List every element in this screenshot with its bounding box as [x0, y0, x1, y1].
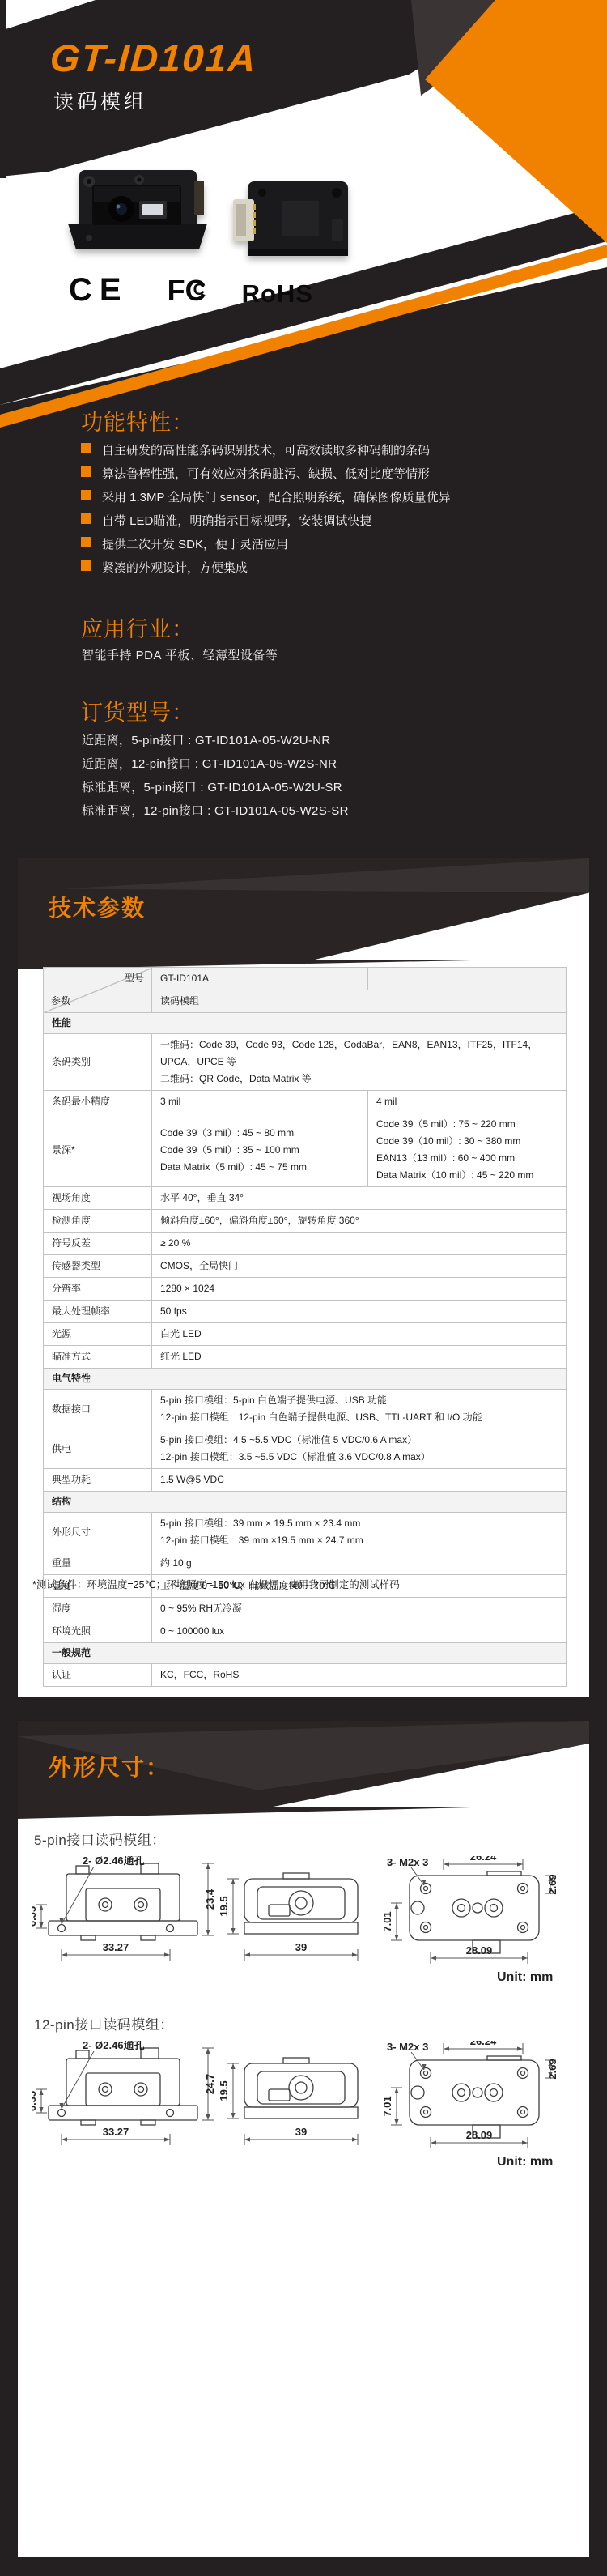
spec-cell: 50 fps [152, 1301, 567, 1323]
spec-label-cell: 外形尺寸 [44, 1513, 152, 1552]
bullet-square-icon [81, 443, 91, 453]
spec-cell [368, 968, 567, 990]
ordering-item: 近距离，12-pin接口 : GT-ID101A-05-W2S-NR [82, 755, 349, 778]
feature-item-text: 采用 1.3MP 全局快门 sensor，配合照明系统，确保图像质量优异 [102, 488, 451, 505]
svg-text:26.24: 26.24 [470, 1856, 497, 1863]
spec-label-cell: 典型功耗 [44, 1469, 152, 1492]
spec-section-row: 性能 [44, 1013, 567, 1034]
spec-cell: 4 mil [368, 1091, 567, 1113]
ordering-item: 标准距离，5-pin接口 : GT-ID101A-05-W2U-SR [82, 778, 349, 802]
feature-item: 采用 1.3MP 全局快门 sensor，配合照明系统，确保图像质量优异 [81, 488, 451, 512]
svg-text:39: 39 [295, 2126, 307, 2138]
ordering-item: 标准距离，12-pin接口 : GT-ID101A-05-W2S-SR [82, 802, 349, 825]
spec-cell: 约 10 g [152, 1552, 567, 1575]
spec-label-cell: 景深* [44, 1113, 152, 1187]
spec-label-cell: 视场角度 [44, 1187, 152, 1210]
spec-cell: 1280 × 1024 [152, 1278, 567, 1301]
ce-mark-icon: CE [69, 272, 129, 309]
svg-text:26.24: 26.24 [470, 2041, 497, 2047]
five-pin-drawing-label: 5-pin接口读码模组： [34, 1829, 166, 1849]
feature-item: 自带 LED瞄准，明确指示目标视野，安装调试快捷 [81, 512, 451, 535]
svg-text:7.01: 7.01 [381, 1911, 393, 1931]
svg-text:6.35: 6.35 [32, 1906, 38, 1927]
corner-header-cell: 型号参数 [44, 968, 152, 1013]
spec-label-cell: 分辨率 [44, 1278, 152, 1301]
spec-label-cell: 数据接口 [44, 1390, 152, 1429]
dimensions-title: 外形尺寸： [49, 1750, 170, 1782]
spec-label-cell: 传感器类型 [44, 1255, 152, 1278]
spec-cell: 0 ~ 95% RH无冷凝 [152, 1598, 567, 1620]
rohs-mark-icon: RoHS [242, 279, 313, 309]
bullet-square-icon [81, 513, 91, 524]
twelve-pin-technical-drawing: 2- Ø2.46通孔6.3524.733.2719.5393- M2x 326.… [32, 2041, 567, 2178]
unit-label: Unit: mm [497, 2155, 553, 2169]
spec-cell: 5-pin 接口模组：39 mm × 19.5 mm × 23.4 mm12-p… [152, 1513, 567, 1552]
svg-text:2- Ø2.46通孔: 2- Ø2.46通孔 [83, 1856, 145, 1867]
bullet-square-icon [81, 560, 91, 571]
tech-specs-band: 技术参数 [18, 858, 589, 960]
spec-label-cell: 瞄准方式 [44, 1346, 152, 1369]
spec-label-cell: 最大处理帧率 [44, 1301, 152, 1323]
spec-cell: Code 39（3 mil）: 45 ~ 80 mmCode 39（5 mil）… [152, 1113, 368, 1187]
spec-cell: 水平 40°，垂直 34° [152, 1187, 567, 1210]
svg-text:28.09: 28.09 [466, 1944, 493, 1956]
spec-cell: 红光 LED [152, 1346, 567, 1369]
feature-item: 算法鲁棒性强，可有效应对条码脏污、缺损、低对比度等情形 [81, 465, 451, 488]
spec-cell: 5-pin 接口模组：4.5 ~5.5 VDC（标准值 5 VDC/0.6 A … [152, 1429, 567, 1469]
product-photo-back-module [230, 177, 351, 266]
svg-text:2.69: 2.69 [546, 2059, 558, 2079]
svg-text:39: 39 [295, 1941, 307, 1953]
spec-cell: 1.5 W@5 VDC [152, 1469, 567, 1492]
spec-footnote: *测试条件：环境温度=25℃；环境照度=150 lux 白炽灯；使用我司制定的测… [32, 1577, 400, 1591]
spec-label-cell: 重量 [44, 1552, 152, 1575]
spec-section-row: 结构 [44, 1492, 567, 1513]
svg-text:33.27: 33.27 [103, 1941, 129, 1953]
fcc-mark-icon: FCC [168, 274, 206, 308]
svg-text:19.5: 19.5 [218, 1896, 230, 1916]
page-title: GT-ID101A [49, 36, 259, 80]
spec-cell: Code 39（5 mil）: 75 ~ 220 mmCode 39（10 mi… [368, 1113, 567, 1187]
model-value-cell: GT-ID101A [152, 968, 368, 990]
spec-label-cell: 检测角度 [44, 1210, 152, 1233]
ordering-list: 近距离，5-pin接口 : GT-ID101A-05-W2U-NR近距离，12-… [82, 731, 349, 825]
svg-text:2.69: 2.69 [546, 1874, 558, 1894]
svg-text:3- M2x 3: 3- M2x 3 [387, 2041, 428, 2053]
bullet-square-icon [81, 490, 91, 500]
feature-item-text: 紧凑的外观设计，方便集成 [102, 559, 248, 576]
bullet-square-icon [81, 537, 91, 547]
spec-panel: 型号参数GT-ID101A读码模组性能条码类别一维码：Code 39，Code … [18, 960, 589, 1697]
spec-cell: 5-pin 接口模组：5-pin 白色端子提供电源、USB 功能12-pin 接… [152, 1390, 567, 1429]
module-drawing-svg: 2- Ø2.46通孔6.3524.733.2719.5393- M2x 326.… [32, 2041, 567, 2178]
bullet-square-icon [81, 466, 91, 477]
spec-label-cell: 环境光照 [44, 1620, 152, 1643]
dimensions-panel: 5-pin接口读码模组： 2- Ø2.46通孔6.3523.433.2719.5… [18, 1807, 589, 2557]
ordering-title: 订货型号： [81, 695, 194, 726]
spec-label-cell: 条码类别 [44, 1034, 152, 1091]
applications-title: 应用行业： [81, 611, 194, 643]
svg-text:24.7: 24.7 [204, 2074, 216, 2094]
spec-cell: KC，FCC，RoHS [152, 1664, 567, 1687]
spec-label-cell: 供电 [44, 1429, 152, 1469]
certification-logos: CEFCCRoHS [69, 272, 313, 313]
feature-item-text: 提供二次开发 SDK，便于灵活应用 [102, 535, 288, 552]
spec-cell: 0 ~ 100000 lux [152, 1620, 567, 1643]
spec-label-cell: 条码最小精度 [44, 1091, 152, 1113]
dimensions-band: 外形尺寸： [18, 1721, 589, 1807]
svg-text:6.35: 6.35 [32, 2091, 38, 2111]
panel-top-triangle [18, 1807, 589, 1820]
spec-label-cell: 符号反差 [44, 1233, 152, 1255]
feature-item: 自主研发的高性能条码识别技术，可高效读取多种码制的条码 [81, 441, 451, 465]
svg-text:2- Ø2.46通孔: 2- Ø2.46通孔 [83, 2041, 145, 2051]
unit-label: Unit: mm [497, 1970, 553, 1984]
svg-text:7.01: 7.01 [381, 2096, 393, 2116]
tech-specs-title: 技术参数 [49, 891, 146, 923]
svg-text:23.4: 23.4 [204, 1888, 216, 1910]
spec-label-cell: 光源 [44, 1323, 152, 1346]
spec-cell: ≥ 20 % [152, 1233, 567, 1255]
left-frame-edge [0, 0, 6, 178]
spec-cell: 倾斜角度±60°，偏斜角度±60°，旋转角度 360° [152, 1210, 567, 1233]
twelve-pin-drawing-label: 12-pin接口读码模组： [34, 2013, 174, 2033]
spec-cell: 一维码：Code 39，Code 93，Code 128，CodaBar，EAN… [152, 1034, 567, 1091]
svg-text:33.27: 33.27 [103, 2126, 129, 2138]
page-subtitle: 读码模组 [53, 86, 147, 115]
product-value-cell: 读码模组 [152, 990, 567, 1013]
svg-text:28.09: 28.09 [466, 2129, 493, 2141]
feature-item: 紧凑的外观设计，方便集成 [81, 559, 451, 582]
features-title: 功能特性： [81, 405, 194, 436]
feature-item: 提供二次开发 SDK，便于灵活应用 [81, 535, 451, 559]
datasheet-page: GT-ID101A 读码模组 [0, 0, 607, 2576]
spec-label-cell: 湿度 [44, 1598, 152, 1620]
spec-cell: 3 mil [152, 1091, 368, 1113]
feature-item-text: 自带 LED瞄准，明确指示目标视野，安装调试快捷 [102, 512, 371, 529]
svg-text:3- M2x 3: 3- M2x 3 [387, 1856, 428, 1868]
spec-section-row: 电气特性 [44, 1369, 567, 1390]
spec-section-row: 一般规范 [44, 1643, 567, 1664]
feature-item-text: 自主研发的高性能条码识别技术，可高效读取多种码制的条码 [102, 441, 430, 458]
hero-section: GT-ID101A 读码模组 [0, 0, 607, 964]
feature-item-text: 算法鲁棒性强，可有效应对条码脏污、缺损、低对比度等情形 [102, 465, 430, 482]
svg-text:19.5: 19.5 [218, 2080, 230, 2101]
product-photo-front-module [65, 167, 210, 258]
applications-text: 智能手持 PDA 平板、轻薄型设备等 [82, 646, 278, 663]
features-list: 自主研发的高性能条码识别技术，可高效读取多种码制的条码算法鲁棒性强，可有效应对条… [81, 441, 451, 582]
spec-label-cell: 认证 [44, 1664, 152, 1687]
spec-cell: CMOS，全局快门 [152, 1255, 567, 1278]
ordering-item: 近距离，5-pin接口 : GT-ID101A-05-W2U-NR [82, 731, 349, 755]
five-pin-technical-drawing: 2- Ø2.46通孔6.3523.433.2719.5393- M2x 326.… [32, 1856, 567, 1994]
module-drawing-svg: 2- Ø2.46通孔6.3523.433.2719.5393- M2x 326.… [32, 1856, 567, 1994]
spec-cell: 白光 LED [152, 1323, 567, 1346]
